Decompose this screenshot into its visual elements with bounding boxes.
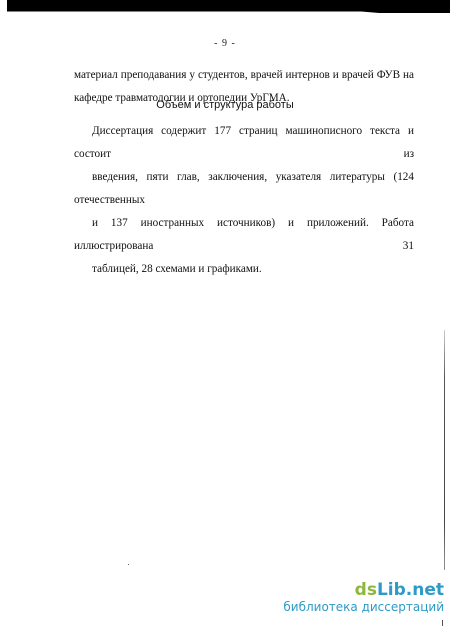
watermark-tagline: библиотека диссертаций [283, 600, 444, 615]
scan-top-border [7, 0, 450, 13]
text-line: Диссертация содержит 177 страниц машиноп… [74, 120, 414, 166]
scan-margin-line [444, 330, 445, 570]
scan-artifact [442, 620, 443, 626]
dslib-watermark[interactable]: dsLib.net библиотека диссертаций [283, 580, 444, 615]
watermark-logo-ds: ds [355, 580, 377, 600]
paragraph-structure: Диссертация содержит 177 страниц машиноп… [74, 120, 414, 281]
scan-artifact [444, 565, 445, 569]
text-line: материал преподавания у студентов, враче… [74, 64, 414, 87]
watermark-logo-lib: Lib.net [377, 580, 444, 600]
watermark-logo: dsLib.net [283, 580, 444, 600]
text-line: введения, пяти глав, заключения, указате… [74, 166, 414, 212]
page-number: - 9 - [0, 38, 450, 49]
text-line: таблицей, 28 схемами и графиками. [74, 258, 414, 281]
section-heading: Объем и структура работы [0, 99, 450, 111]
text-line: и 137 иностранных источников) и приложен… [74, 212, 414, 258]
scan-artifact [128, 564, 129, 565]
